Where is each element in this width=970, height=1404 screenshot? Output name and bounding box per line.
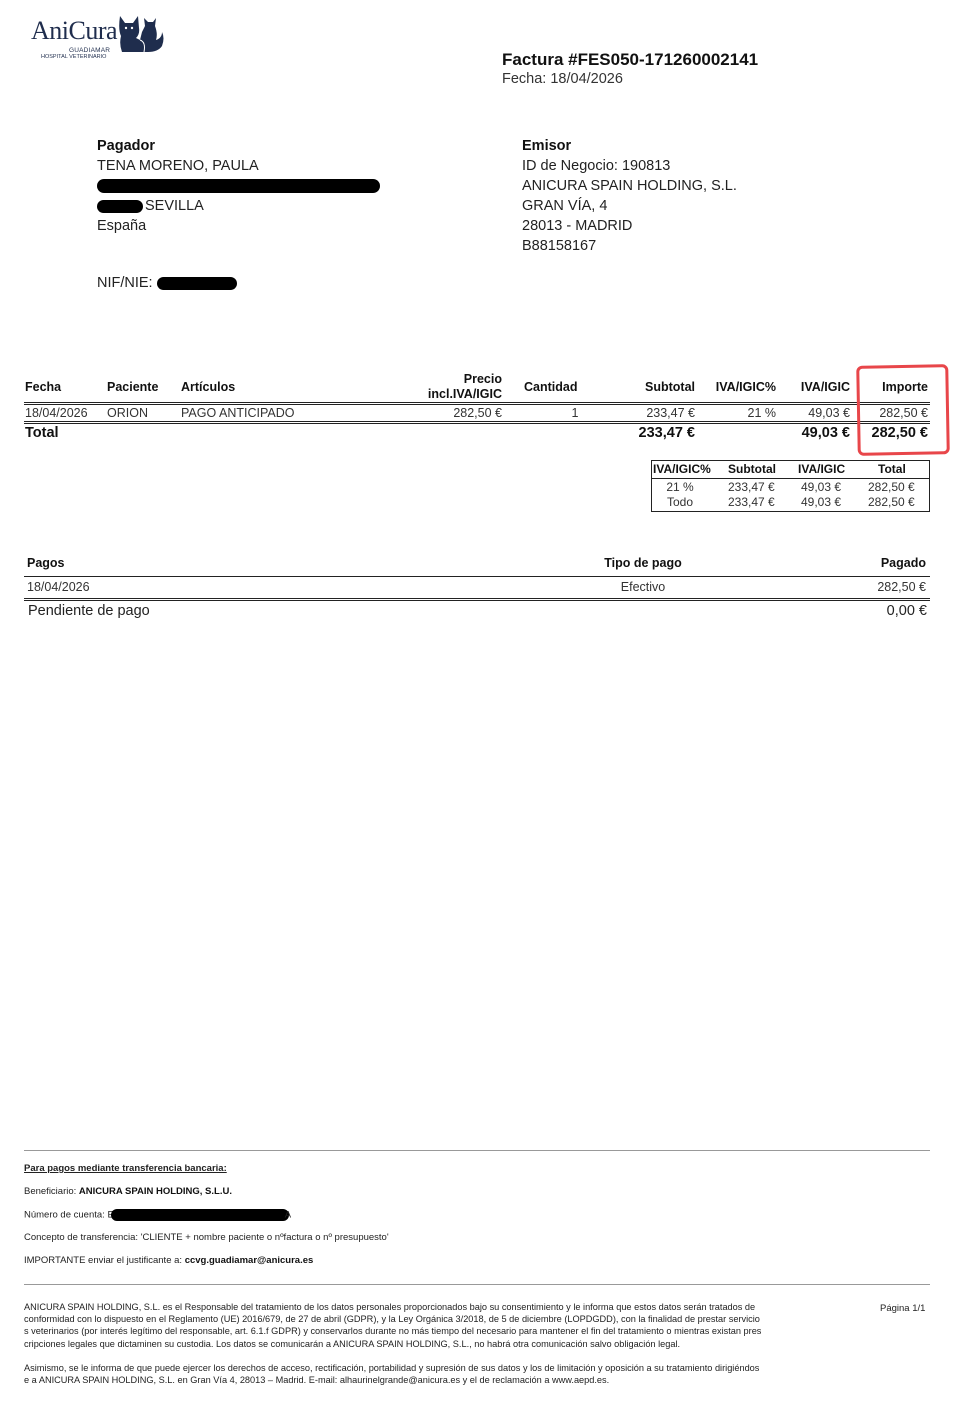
invoice-title: Factura #FES050-171260002141: [502, 50, 758, 70]
issuer-street: GRAN VÍA, 4: [522, 196, 822, 216]
cats-logo-icon: [118, 14, 164, 54]
pay-col-pagos: Pagos: [27, 556, 65, 570]
payer-heading: Pagador: [97, 136, 397, 156]
row-iva: 49,03 €: [770, 406, 850, 420]
account-end: A: [285, 1210, 291, 1221]
header-divider: [24, 402, 930, 405]
bank-account: Número de cuenta: EA: [24, 1209, 291, 1221]
tax-summary-box: IVA/IGIC% Subtotal IVA/IGIC Total 21 % 2…: [651, 460, 930, 512]
col-subtotal: Subtotal: [595, 380, 695, 394]
tax-row-total: 282,50 €: [868, 480, 915, 494]
account-redacted: [111, 1209, 289, 1221]
pay-row-fecha: 18/04/2026: [27, 580, 90, 594]
legal-line: ANICURA SPAIN HOLDING, S.L. es el Respon…: [24, 1301, 854, 1313]
issuer-city: 28013 - MADRID: [522, 216, 822, 236]
page-number: Página 1/1: [880, 1303, 925, 1314]
invoice-date: Fecha: 18/04/2026: [502, 71, 623, 87]
legal-paragraph-1: ANICURA SPAIN HOLDING, S.L. es el Respon…: [24, 1301, 854, 1350]
legal-paragraph-2: Asimismo, se le informa de que puede eje…: [24, 1362, 854, 1386]
issuer-heading: Emisor: [522, 136, 822, 156]
important-email: ccvg.guadiamar@anicura.es: [185, 1255, 314, 1266]
legal-line: e a ANICURA SPAIN HOLDING, S.L. en Gran …: [24, 1374, 854, 1386]
total-subtotal: 233,47 €: [595, 425, 695, 441]
issuer-company: ANICURA SPAIN HOLDING, S.L.: [522, 176, 822, 196]
legal-line: Asimismo, se le informa de que puede eje…: [24, 1362, 854, 1374]
pay-col-tipo: Tipo de pago: [576, 556, 710, 570]
payer-address-redacted: [97, 176, 397, 196]
tax-row-subtotal: 233,47 €: [728, 495, 775, 509]
row-subtotal: 233,47 €: [595, 406, 695, 420]
pay-row-pagado: 282,50 €: [826, 580, 926, 594]
col-precio-1: Precio: [402, 372, 502, 386]
payer-city: SEVILLA: [145, 198, 204, 214]
col-fecha: Fecha: [25, 380, 61, 394]
bank-beneficiary: Beneficiario: ANICURA SPAIN HOLDING, S.L…: [24, 1186, 232, 1197]
tax-row-pct: Todo: [652, 495, 708, 509]
issuer-tax-id: B88158167: [522, 236, 822, 256]
pay-row-tipo: Efectivo: [576, 580, 710, 594]
row-fecha: 18/04/2026: [25, 406, 88, 420]
logo-clinic: GUADIAMAR: [69, 47, 110, 54]
tax-header-divider: [652, 478, 929, 479]
bank-concept: Concepto de transferencia: 'CLIENTE + no…: [24, 1232, 389, 1243]
tax-col-total: Total: [878, 462, 906, 476]
row-articulos: PAGO ANTICIPADO: [181, 406, 294, 420]
tax-row-subtotal: 233,47 €: [728, 480, 775, 494]
payer-country: España: [97, 216, 397, 236]
total-divider: [24, 421, 930, 424]
tax-col-subtotal: Subtotal: [728, 462, 776, 476]
pending-value: 0,00 €: [826, 603, 927, 619]
footer-divider-top: [24, 1150, 930, 1151]
beneficiary-label: Beneficiario:: [24, 1186, 76, 1197]
issuer-block: Emisor ID de Negocio: 190813 ANICURA SPA…: [522, 136, 822, 256]
bank-important: IMPORTANTE enviar el justificante a: ccv…: [24, 1255, 313, 1266]
tax-row-pct: 21 %: [652, 480, 708, 494]
tax-row-total: 282,50 €: [868, 495, 915, 509]
row-paciente: ORION: [107, 406, 148, 420]
row-iva-pct: 21 %: [700, 406, 776, 420]
legal-line: cripciones legales que dictaminen su cus…: [24, 1338, 854, 1350]
anicura-logo: AniCura GUADIAMAR HOSPITAL VETERINARIO: [31, 14, 171, 60]
total-label: Total: [25, 425, 59, 441]
row-precio: 282,50 €: [402, 406, 502, 420]
col-articulos: Artículos: [181, 380, 235, 394]
important-label: IMPORTANTE enviar el justificante a:: [24, 1255, 182, 1266]
col-cantidad: Cantidad: [524, 380, 577, 394]
payer-name: TENA MORENO, PAULA: [97, 156, 397, 176]
nif-label: NIF/NIE:: [97, 275, 153, 291]
logo-subtitle: HOSPITAL VETERINARIO: [41, 54, 106, 60]
beneficiary-value: ANICURA SPAIN HOLDING, S.L.U.: [79, 1186, 232, 1197]
tax-col-pct: IVA/IGIC%: [653, 462, 711, 476]
legal-line: conformidad con lo dispuesto en el Regla…: [24, 1313, 854, 1325]
pending-label: Pendiente de pago: [28, 603, 150, 619]
legal-line: s veterinarios (por interés legítimo del…: [24, 1325, 854, 1337]
pay-header-divider: [24, 576, 930, 577]
issuer-business-id: ID de Negocio: 190813: [522, 156, 822, 176]
logo-brand: AniCura: [31, 16, 117, 46]
payer-nif: NIF/NIE:: [97, 275, 237, 291]
bank-heading: Para pagos mediante transferencia bancar…: [24, 1163, 227, 1174]
col-paciente: Paciente: [107, 380, 158, 394]
tax-row-iva: 49,03 €: [801, 495, 841, 509]
col-iva-pct: IVA/IGIC%: [700, 380, 776, 394]
tax-col-iva: IVA/IGIC: [798, 462, 845, 476]
pay-total-divider: [24, 598, 930, 601]
col-iva: IVA/IGIC: [770, 380, 850, 394]
payer-block: Pagador TENA MORENO, PAULA SEVILLA Españ…: [97, 136, 397, 236]
account-label: Número de cuenta:: [24, 1210, 105, 1221]
nif-redacted: [157, 277, 237, 290]
payer-city-line: SEVILLA: [97, 196, 397, 216]
importe-highlight-annotation: [856, 364, 950, 456]
footer-divider-bottom: [24, 1284, 930, 1285]
col-precio-2: incl.IVA/IGIC: [402, 387, 502, 401]
tax-row-iva: 49,03 €: [801, 480, 841, 494]
pay-col-pagado: Pagado: [826, 556, 926, 570]
